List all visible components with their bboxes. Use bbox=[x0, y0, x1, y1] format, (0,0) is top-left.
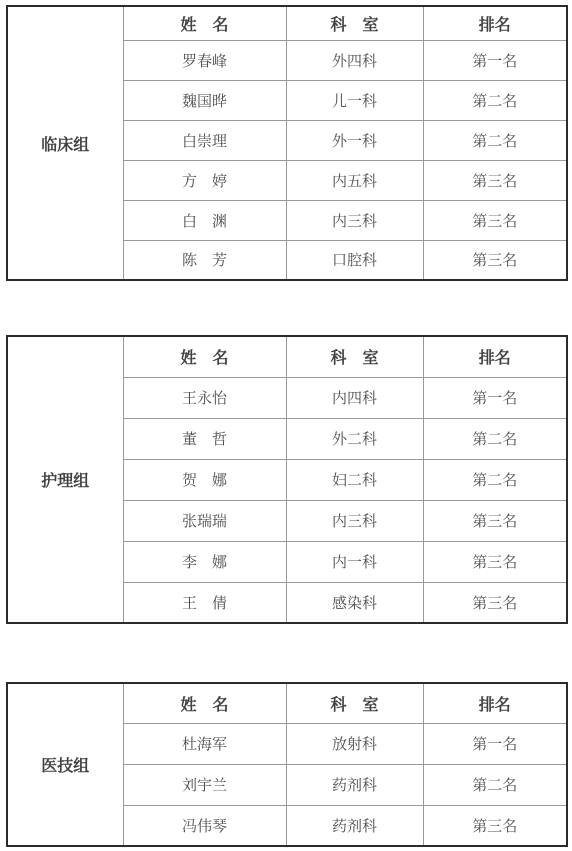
rank-cell: 第二名 bbox=[423, 459, 567, 500]
department-cell: 内一科 bbox=[286, 541, 423, 582]
rank-cell: 第二名 bbox=[423, 80, 567, 120]
department-cell: 内三科 bbox=[286, 200, 423, 240]
rank-cell: 第二名 bbox=[423, 418, 567, 459]
name-cell: 方 婷 bbox=[123, 160, 286, 200]
rank-cell: 第三名 bbox=[423, 240, 567, 280]
department-cell: 妇二科 bbox=[286, 459, 423, 500]
department-cell: 放射科 bbox=[286, 723, 423, 764]
rank-cell: 第三名 bbox=[423, 500, 567, 541]
column-header-name: 姓 名 bbox=[123, 6, 286, 40]
rank-cell: 第一名 bbox=[423, 723, 567, 764]
group-ranking-table: 医技组 姓 名 科 室 排名 杜海军 放射科 第一名 刘宇兰 药剂科 第二名 冯… bbox=[6, 682, 568, 847]
column-header-rank: 排名 bbox=[423, 6, 567, 40]
column-header-department: 科 室 bbox=[286, 6, 423, 40]
column-header-rank: 排名 bbox=[423, 336, 567, 377]
name-cell: 贺 娜 bbox=[123, 459, 286, 500]
column-header-name: 姓 名 bbox=[123, 683, 286, 723]
department-cell: 内三科 bbox=[286, 500, 423, 541]
name-cell: 刘宇兰 bbox=[123, 764, 286, 805]
rank-cell: 第三名 bbox=[423, 541, 567, 582]
group-label: 医技组 bbox=[7, 683, 123, 846]
group-ranking-table: 护理组 姓 名 科 室 排名 王永怡 内四科 第一名 董 哲 外二科 第二名 贺… bbox=[6, 335, 568, 624]
name-cell: 魏国晔 bbox=[123, 80, 286, 120]
name-cell: 冯伟琴 bbox=[123, 805, 286, 846]
rank-cell: 第三名 bbox=[423, 805, 567, 846]
department-cell: 外一科 bbox=[286, 120, 423, 160]
column-header-department: 科 室 bbox=[286, 683, 423, 723]
rank-cell: 第一名 bbox=[423, 40, 567, 80]
name-cell: 白 渊 bbox=[123, 200, 286, 240]
rank-cell: 第一名 bbox=[423, 377, 567, 418]
group-ranking-table: 临床组 姓 名 科 室 排名 罗春峰 外四科 第一名 魏国晔 儿一科 第二名 白… bbox=[6, 5, 568, 281]
name-cell: 罗春峰 bbox=[123, 40, 286, 80]
department-cell: 外二科 bbox=[286, 418, 423, 459]
rank-cell: 第三名 bbox=[423, 582, 567, 623]
department-cell: 儿一科 bbox=[286, 80, 423, 120]
department-cell: 外四科 bbox=[286, 40, 423, 80]
name-cell: 王永怡 bbox=[123, 377, 286, 418]
name-cell: 李 娜 bbox=[123, 541, 286, 582]
name-cell: 白崇理 bbox=[123, 120, 286, 160]
column-header-name: 姓 名 bbox=[123, 336, 286, 377]
group-label: 护理组 bbox=[7, 336, 123, 623]
group-label: 临床组 bbox=[7, 6, 123, 280]
department-cell: 口腔科 bbox=[286, 240, 423, 280]
department-cell: 内四科 bbox=[286, 377, 423, 418]
name-cell: 杜海军 bbox=[123, 723, 286, 764]
table-header-row: 临床组 姓 名 科 室 排名 bbox=[7, 6, 567, 40]
rank-cell: 第三名 bbox=[423, 200, 567, 240]
column-header-rank: 排名 bbox=[423, 683, 567, 723]
rank-cell: 第三名 bbox=[423, 160, 567, 200]
ranking-tables-container: 临床组 姓 名 科 室 排名 罗春峰 外四科 第一名 魏国晔 儿一科 第二名 白… bbox=[0, 0, 572, 847]
name-cell: 董 哲 bbox=[123, 418, 286, 459]
column-header-department: 科 室 bbox=[286, 336, 423, 377]
department-cell: 药剂科 bbox=[286, 764, 423, 805]
name-cell: 陈 芳 bbox=[123, 240, 286, 280]
department-cell: 药剂科 bbox=[286, 805, 423, 846]
table-header-row: 护理组 姓 名 科 室 排名 bbox=[7, 336, 567, 377]
rank-cell: 第二名 bbox=[423, 120, 567, 160]
rank-cell: 第二名 bbox=[423, 764, 567, 805]
department-cell: 感染科 bbox=[286, 582, 423, 623]
name-cell: 王 倩 bbox=[123, 582, 286, 623]
table-header-row: 医技组 姓 名 科 室 排名 bbox=[7, 683, 567, 723]
name-cell: 张瑞瑞 bbox=[123, 500, 286, 541]
department-cell: 内五科 bbox=[286, 160, 423, 200]
